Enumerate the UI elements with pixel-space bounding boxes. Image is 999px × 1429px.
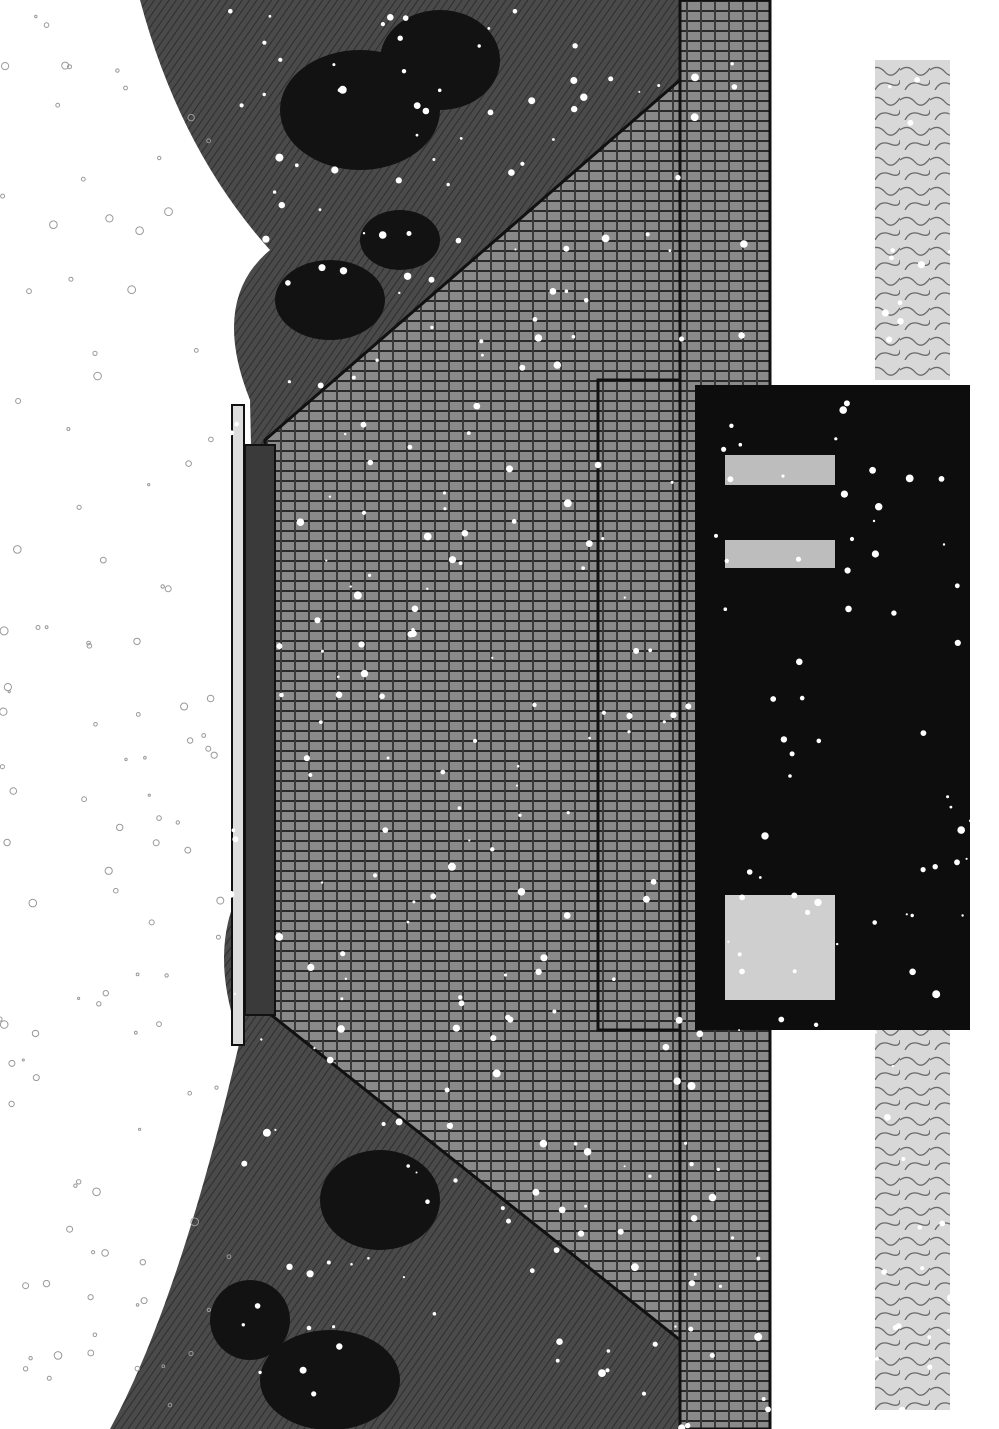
temple-snow-illustration <box>0 0 999 1429</box>
window <box>725 540 835 568</box>
doorway <box>725 895 835 1000</box>
window <box>725 455 835 485</box>
roof-ridge <box>245 445 275 1015</box>
illustration <box>0 0 999 1429</box>
stone-path <box>875 60 950 380</box>
